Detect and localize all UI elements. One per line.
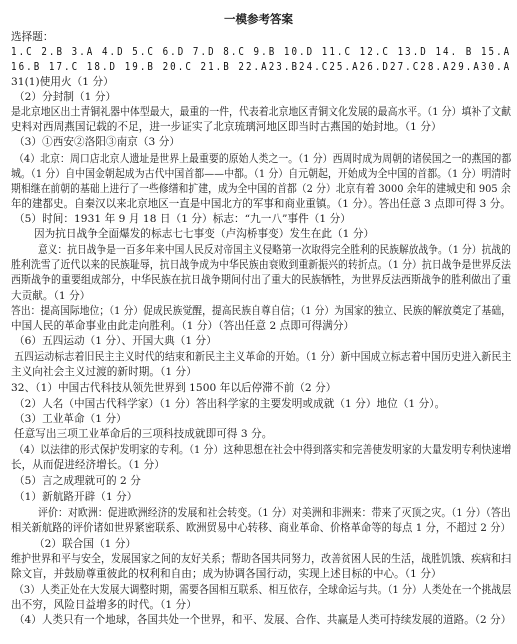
page-title: 一模参考答案 [0, 12, 517, 26]
q31-line-9: 年的建都史。自秦汉以来北京地区一直是中国北方的军事和商业重镇。（1 分）。答出任… [11, 197, 505, 211]
choice-section-label: 选择题： [11, 30, 511, 44]
q31-line-16: 答出：提高国际地位；（1 分）促成民族觉醒，提高民族自尊自信；（1 分）为国家的… [11, 304, 472, 318]
q31-line-17: 中国人民的革命事业由此走向胜利。（1 分）（答出任意 2 点即可得满分） [11, 319, 511, 333]
q33-line-4: （2）联合国（1 分） [34, 537, 511, 551]
q32-line-2: （2）人名（中国古代科学家）（1 分）答出科学家的主要发明或成就（1 分）地位（… [14, 397, 511, 411]
q33-line-3: 相关新航路的评价诸如世界紧密联系、欧洲贸易中心转移、商业革命、价格革命等的每点 … [11, 521, 495, 535]
q31-line-18: （6）五四运动（1 分）、开国大典（1 分） [14, 334, 511, 348]
q31-line-8: 期相继在前朝的基础上进行了一些修缮和扩建，成为全中国的首都（2 分）北京有着 3… [11, 182, 474, 196]
q33-line-2: 评价：对欧洲：促进欧洲经济的发展和社会转变。（1 分）对美洲和非洲来：带来了灭顶… [38, 506, 481, 520]
q31-line-20: 主义向社会主义过渡的新时期。（1 分） [11, 365, 511, 379]
q33-line-5: 维护世界和平与安全，发展国家之间的友好关系；帮助各国共同努力，改善贫困人民的生活… [11, 552, 481, 566]
choice-answers-row-1: 1.C 2.B 3.A 4.D 5.C 6.D 7.D 8.C 9.B 10.D… [11, 45, 448, 59]
q32-line-5: （4）以法律的形式保护发明家的专利。（1 分）这种思想在社会中得到落实和完善使发… [14, 443, 477, 457]
q31-line-4: 史料对西周燕国记载的不足，进一步证实了北京琉璃河地区即当时古燕国的始封地。（1 … [11, 120, 511, 134]
q33-line-7: （3）人类正处在大发展大调整时期，需要各国相互联系、相互依存，全球命运与共。（1… [14, 583, 477, 597]
q32-line-4: 任意写出三项工业革命后的三项科技成就即可得 3 分。 [14, 427, 511, 441]
q31-line-1: 31(1)使用火（1 分） [11, 75, 511, 89]
q31-line-3: 是北京地区出土青铜礼器中体型最大，最重的一件，代表着北京地区青铜文化发展的最高水… [11, 105, 477, 119]
q31-line-14: 西斯战争的重要组成部分，中华民族在抗日战争期间付出了重大的民族牺牲，为世界反法西… [11, 273, 481, 287]
q32-line-3: （3）工业革命（1 分） [14, 412, 511, 426]
q31-line-5: （3）①西安②洛阳③南京（3 分） [14, 135, 511, 149]
answer-key-page: 一模参考答案 选择题： 1.C 2.B 3.A 4.D 5.C 6.D 7.D … [0, 0, 517, 644]
q33-line-1: （1）新航路开辟（1 分） [14, 490, 511, 504]
q33-line-6: 除文盲，并鼓励尊重彼此的权利和自由；成为协调各国行动，实现上述目标的中心。（1 … [11, 567, 511, 581]
q31-line-12: 意义：抗日战争是一百多年来中国人民反对帝国主义侵略第一次取得完全胜利的民族解放战… [38, 243, 472, 257]
q31-line-13: 胜利洗雪了近代以来的民族耻辱，抗日战争成为中华民族由衰败到重新振兴的转折点。（1… [11, 258, 477, 272]
q32-line-6: 长，从而促进经济增长。（1 分） [11, 458, 511, 472]
q31-line-10: （5）时间：1931 年 9 月 18 日（1 分）标志：“九一八”事件（1 分… [14, 212, 511, 226]
choice-answers-row-2: 16.B 17.C 18.D 19.B 20.C 21.B 22.A23.B24… [11, 60, 448, 74]
q33-line-8: 出不穷，风险日益增多的时代。（1 分） [11, 598, 511, 612]
q31-line-15: 大贡献。（1 分） [11, 289, 511, 303]
q31-line-7: 城。（1 分）自中国金朝起成为古代中国首都——中都。（1 分）自元朝起，开始成为… [11, 167, 477, 181]
q32-line-7: （5）言之成理就可的 2 分 [14, 474, 511, 488]
q31-line-11: 因为抗日战争全面爆发的标志七七事变（卢沟桥事变）发生在此（1 分） [34, 227, 511, 241]
q31-line-2: （2）分封制（1 分） [14, 90, 511, 104]
q33-line-9: （4）人类只有一个地球，各国共处一个世界，和平、发展、合作、共赢是人类可持续发展… [14, 613, 507, 627]
q32-line-1: 32、（1）中国古代科技从领先世界到 1500 年以后停滞不前（2 分） [11, 381, 511, 395]
q31-line-6: （4）北京：周口店北京人遗址是世界上最重要的原始人类之一。（1 分）西周时成为周… [14, 152, 477, 166]
q31-line-19: 五四运动标志着旧民主主义时代的结束和新民主主义革命的开始。（1 分）新中国成立标… [14, 350, 484, 364]
